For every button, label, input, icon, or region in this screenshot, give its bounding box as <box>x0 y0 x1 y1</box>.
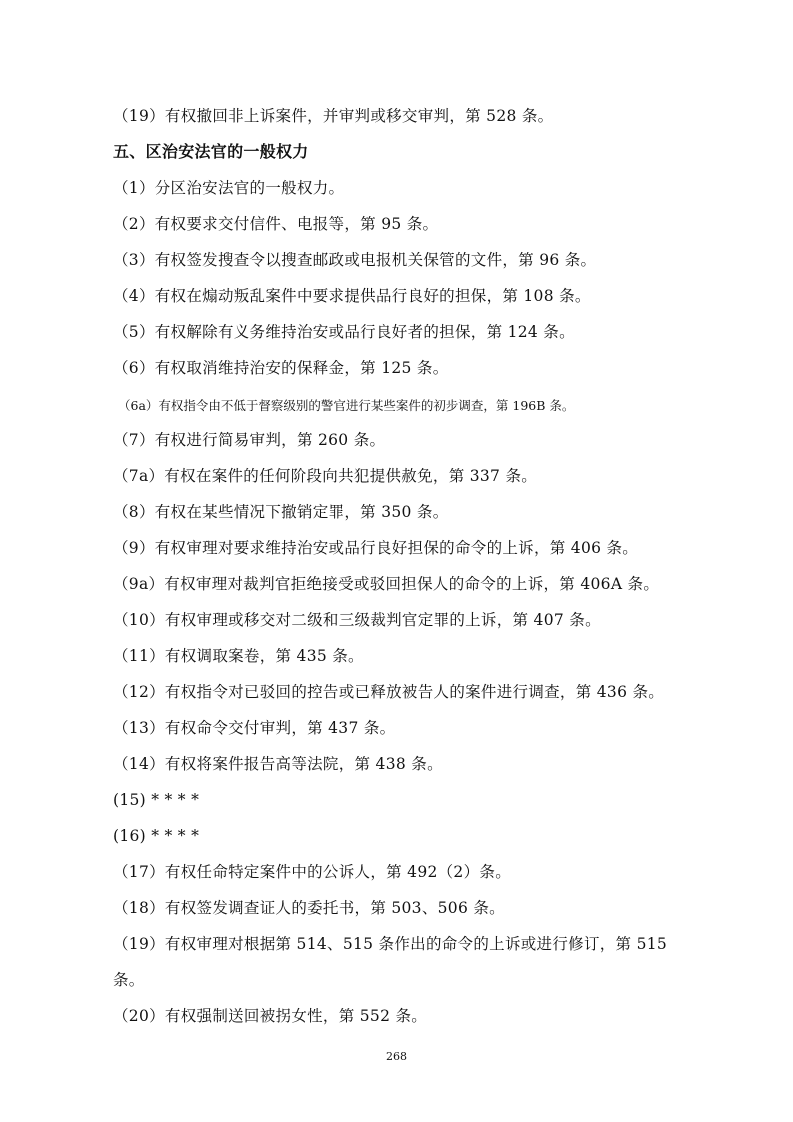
list-item: （18）有权签发调查证人的委托书，第 503、506 条。 <box>113 898 505 918</box>
list-item: （9）有权审理对要求维持治安或品行良好担保的命令的上诉，第 406 条。 <box>113 538 638 558</box>
list-item: （5）有权解除有义务维持治安或品行良好者的担保，第 124 条。 <box>113 322 575 342</box>
list-item: （13）有权命令交付审判，第 437 条。 <box>113 718 395 738</box>
list-item: （8）有权在某些情况下撤销定罪，第 350 条。 <box>113 502 449 522</box>
list-item: （12）有权指令对已驳回的控告或已释放被告人的案件进行调查，第 436 条。 <box>113 682 664 702</box>
list-item: (15) * * * * <box>113 790 199 810</box>
list-item: （9a）有权审理对裁判官拒绝接受或驳回担保人的命令的上诉，第 406A 条。 <box>113 574 659 594</box>
list-item-continuation: 条。 <box>113 970 145 990</box>
list-item: （1）分区治安法官的一般权力。 <box>113 178 344 198</box>
list-item: （20）有权强制送回被拐女性，第 552 条。 <box>113 1006 427 1026</box>
list-item: （14）有权将案件报告高等法院，第 438 条。 <box>113 754 443 774</box>
page-number: 268 <box>0 1050 793 1063</box>
list-item: （6）有权取消维持治安的保释金，第 125 条。 <box>113 358 449 378</box>
list-item: （11）有权调取案卷，第 435 条。 <box>113 646 364 666</box>
list-item: （7）有权进行简易审判，第 260 条。 <box>113 430 385 450</box>
list-item: （4）有权在煽动叛乱案件中要求提供品行良好的担保，第 108 条。 <box>113 286 591 306</box>
document-page: （19）有权撤回非上诉案件，并审判或移交审判，第 528 条。 五、区治安法官的… <box>0 0 793 1122</box>
list-item: (16) * * * * <box>113 826 199 846</box>
list-item: （6a）有权指令由不低于督察级别的警官进行某些案件的初步调查，第 196B 条。 <box>118 396 574 416</box>
list-item: （17）有权任命特定案件中的公诉人，第 492（2）条。 <box>113 862 511 882</box>
list-item: （19）有权审理对根据第 514、515 条作出的命令的上诉或进行修订，第 51… <box>113 934 667 954</box>
list-item: （10）有权审理或移交对二级和三级裁判官定罪的上诉，第 407 条。 <box>113 610 601 630</box>
section-heading: 五、区治安法官的一般权力 <box>113 142 309 162</box>
list-item: （3）有权签发搜查令以搜查邮政或电报机关保管的文件，第 96 条。 <box>113 250 596 270</box>
list-item: （2）有权要求交付信件、电报等，第 95 条。 <box>113 214 438 234</box>
list-item: （7a）有权在案件的任何阶段向共犯提供赦免，第 337 条。 <box>113 466 537 486</box>
list-item: （19）有权撤回非上诉案件，并审判或移交审判，第 528 条。 <box>113 106 553 126</box>
